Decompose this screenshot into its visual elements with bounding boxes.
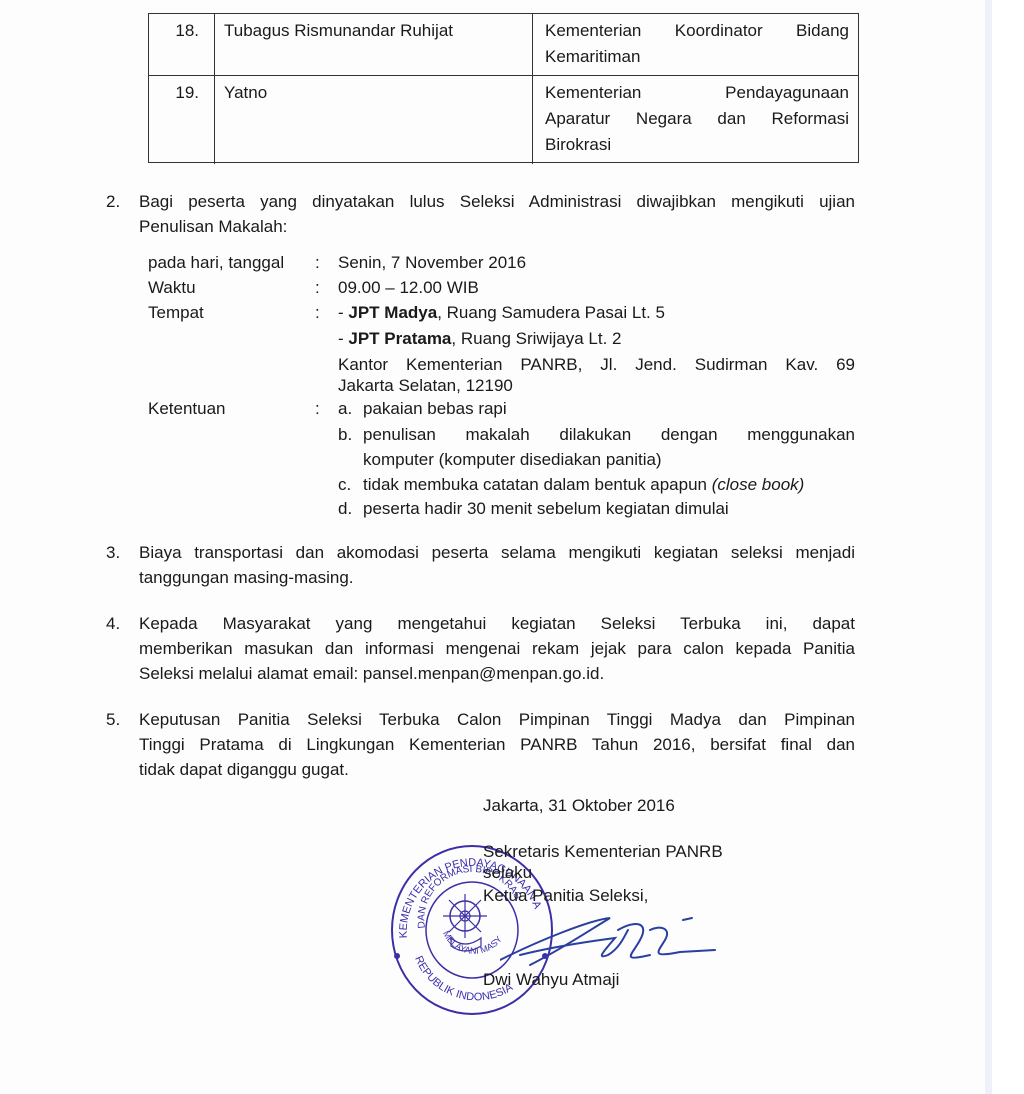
item-number: 5. bbox=[106, 707, 120, 733]
rule-text: penulisan makalah dilakukan dengan mengg… bbox=[363, 423, 855, 447]
rule-letter: c. bbox=[338, 473, 351, 497]
participant-name: Tubagus Rismunandar Ruhijat bbox=[224, 18, 453, 44]
rule-text: peserta hadir 30 menit sebelum kegiatan … bbox=[363, 497, 729, 521]
rule-letter: b. bbox=[338, 423, 352, 447]
item-3-line: tanggungan masing-masing. bbox=[139, 565, 354, 591]
colon: : bbox=[315, 301, 320, 325]
table-row: 19. Yatno Kementerian Pendayagunaan Apar… bbox=[149, 76, 858, 164]
item-number: 3. bbox=[106, 540, 120, 566]
item-5-line: tidak dapat diganggu gugat. bbox=[139, 757, 349, 783]
place-date: Jakarta, 31 Oktober 2016 bbox=[483, 794, 675, 818]
document-page: 18. Tubagus Rismunandar Ruhijat Kementer… bbox=[0, 0, 985, 1094]
item-2-line: Penulisan Makalah: bbox=[139, 214, 287, 240]
signatory-title: selaku bbox=[483, 861, 532, 885]
item-3-line: Biaya transportasi dan akomodasi peserta… bbox=[139, 540, 855, 566]
date-value: Senin, 7 November 2016 bbox=[338, 251, 526, 275]
rule-letter: a. bbox=[338, 397, 352, 421]
colon: : bbox=[315, 276, 320, 300]
item-4-line: Kepada Masyarakat yang mengetahui kegiat… bbox=[139, 611, 855, 637]
item-5-line: Keputusan Panitia Seleksi Terbuka Calon … bbox=[139, 707, 855, 733]
place-2: - JPT Pratama, Ruang Sriwijaya Lt. 2 bbox=[338, 327, 621, 351]
rule-text: pakaian bebas rapi bbox=[363, 397, 507, 421]
rule-letter: d. bbox=[338, 497, 352, 521]
colon: : bbox=[315, 251, 320, 275]
time-label: Waktu bbox=[148, 276, 196, 300]
rule-text: komputer (komputer disediakan panitia) bbox=[363, 448, 662, 472]
table-row: 18. Tubagus Rismunandar Ruhijat Kementer… bbox=[149, 14, 858, 76]
participant-institution: Kementerian Pendayagunaan Aparatur Negar… bbox=[545, 80, 849, 158]
row-number: 19. bbox=[175, 80, 199, 106]
date-label: pada hari, tanggal bbox=[148, 251, 284, 275]
item-number: 4. bbox=[106, 611, 120, 637]
rules-label: Ketentuan bbox=[148, 397, 226, 421]
signatory-name: Dwi Wahyu Atmaji bbox=[483, 968, 619, 992]
item-5-line: Tinggi Pratama di Lingkungan Kementerian… bbox=[139, 732, 855, 758]
rule-text: tidak membuka catatan dalam bentuk apapu… bbox=[363, 473, 804, 497]
email-line: Seleksi melalui alamat email: pansel.men… bbox=[139, 661, 604, 687]
row-number: 18. bbox=[175, 18, 199, 44]
participant-institution: Kementerian Koordinator Bidang Kemaritim… bbox=[545, 18, 849, 70]
place-label: Tempat bbox=[148, 301, 204, 325]
time-value: 09.00 – 12.00 WIB bbox=[338, 276, 479, 300]
address-line: Jakarta Selatan, 12190 bbox=[338, 374, 513, 398]
place-1: - JPT Madya, Ruang Samudera Pasai Lt. 5 bbox=[338, 301, 665, 325]
participant-name: Yatno bbox=[224, 80, 267, 106]
item-number: 2. bbox=[106, 189, 120, 215]
item-2-line: Bagi peserta yang dinyatakan lulus Selek… bbox=[139, 189, 855, 215]
colon: : bbox=[315, 397, 320, 421]
page-edge bbox=[985, 0, 992, 1094]
participant-table: 18. Tubagus Rismunandar Ruhijat Kementer… bbox=[148, 13, 859, 163]
item-4-line: memberikan masukan dan informasi mengena… bbox=[139, 636, 855, 662]
